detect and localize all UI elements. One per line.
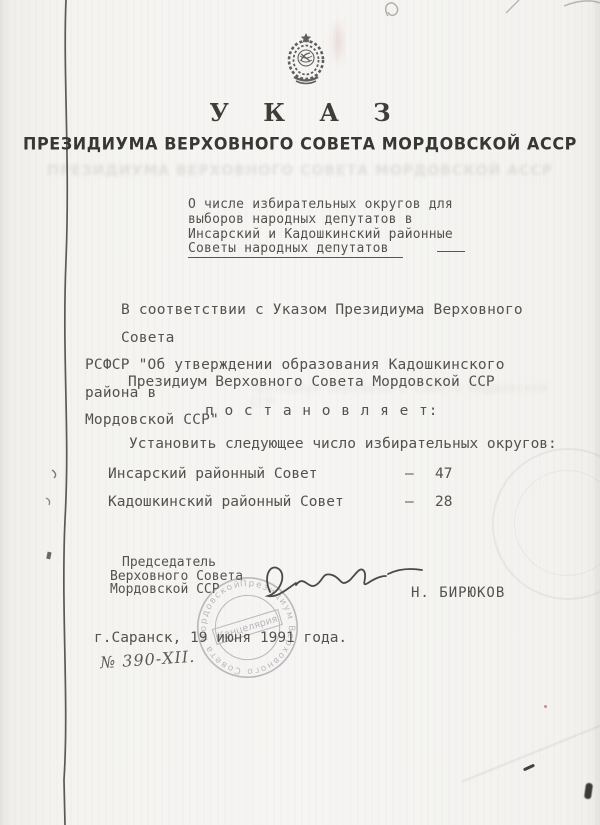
district-count: 47	[435, 466, 452, 482]
scanned-decree-page: У К А З ПРЕЗИДИУМА ВЕРХОВНОГО СОВЕТА МОР…	[0, 0, 600, 825]
ghost-stamp-bleedthrough	[492, 448, 600, 600]
handwritten-signature	[256, 552, 426, 614]
state-emblem-icon	[274, 27, 338, 89]
district-row: Кадошкинский районный Совет – 28	[108, 494, 468, 510]
scan-speck	[523, 764, 535, 772]
district-name: Инсарский районный Совет	[108, 466, 318, 482]
district-separator: –	[405, 466, 414, 482]
instruction-line: Установить следующее число избирательных…	[129, 436, 557, 452]
district-row: Инсарский районный Совет – 47	[108, 466, 468, 482]
date-place-line: г.Саранск, 19 июня 1991 года.	[94, 630, 347, 646]
body-line: В соответствии с Указом Президиума Верхо…	[85, 297, 545, 352]
underline-extra-segment	[437, 250, 465, 252]
fold-crease	[462, 709, 600, 782]
scan-speck-red	[544, 705, 547, 708]
district-name: Кадошкинский районный Совет	[108, 494, 344, 510]
subject-line: О числе избирательных округов для	[188, 198, 488, 213]
subject-line-underlined: Советы народных депутатов	[188, 242, 403, 258]
bleedthrough-ghost-text: ПРЕЗИДИУМА ВЕРХОВНОГО СОВЕТА МОРДОВСКОЙ …	[0, 163, 600, 179]
pen-strokes-top-edge	[368, 0, 600, 22]
district-count: 28	[435, 494, 452, 510]
district-separator: –	[405, 494, 414, 510]
decree-word: п о с т а н о в л я е т:	[205, 403, 439, 419]
decree-title: У К А З	[0, 98, 600, 127]
scan-speck	[584, 783, 593, 800]
subject-line: выборов народных депутатов в	[188, 213, 488, 228]
decree-issuer: ПРЕЗИДИУМА ВЕРХОВНОГО СОВЕТА МОРДОВСКОЙ …	[0, 134, 600, 154]
subject-line: Инсарский и Кадошкинский районные	[188, 228, 488, 243]
